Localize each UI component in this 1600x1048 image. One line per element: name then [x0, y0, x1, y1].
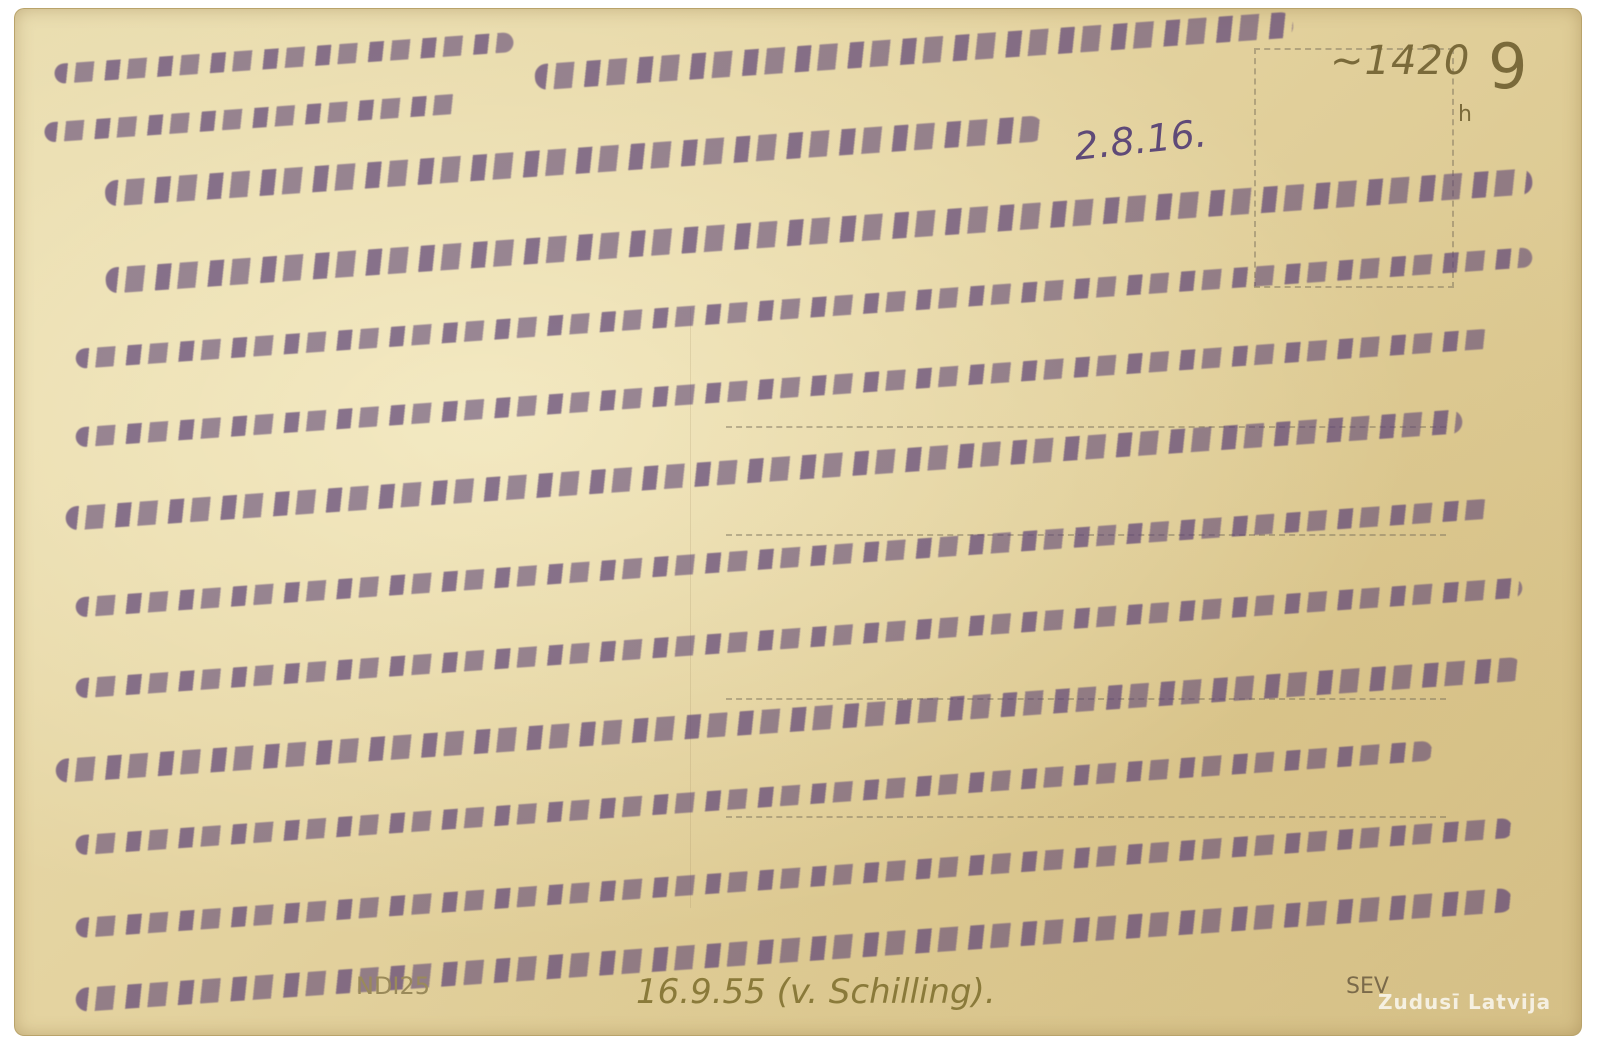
- archive-code: NDI25: [356, 972, 430, 1000]
- archive-note: 16.9.55 (v. Schilling).: [636, 972, 996, 1012]
- address-line: [726, 816, 1446, 818]
- watermark: Zudusī Latvija: [1378, 990, 1551, 1014]
- handwritten-date: 2.8.16.: [1072, 111, 1209, 169]
- handwritten-line: [54, 32, 514, 84]
- handwritten-line: [104, 115, 1044, 207]
- postcard: 2.8.16.: [14, 8, 1582, 1036]
- handwritten-line: [44, 93, 464, 142]
- small-mark: h: [1458, 102, 1472, 127]
- page-number: 9: [1488, 30, 1527, 103]
- stamp-area: [1254, 48, 1454, 288]
- reference-number: ~1420: [1330, 38, 1470, 84]
- handwritten-line: [534, 12, 1294, 91]
